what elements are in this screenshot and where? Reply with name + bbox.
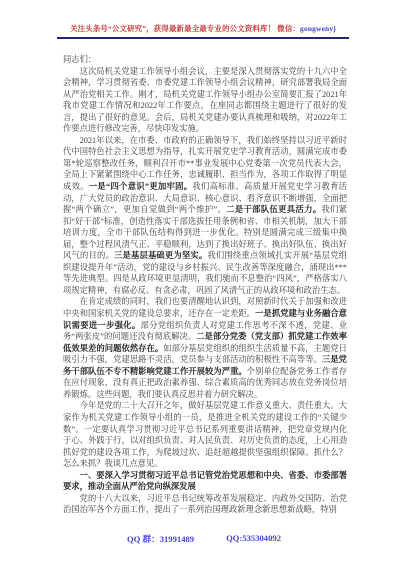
document-page: 关注头条号“公文研究”，获得最新最全最专业的公文资料库！ 微信：gongweny… [0,0,408,580]
section-heading: 一、要深入学习贯彻习近平总书记管党治党思想和中央、省委、市委部署要求，推动全面从… [63,470,347,493]
header-banner-text: 关注头条号“公文研究”，获得最新最全最专业的公文资料库！ 微信： [70,24,300,33]
qq-group-number: QQ 群：31991489 [127,533,194,545]
wechat-id: gongwenyj [300,24,336,33]
paragraph: 党的十八大以来，习近平总书记统筹改革发展稳定、内政外交国防、治党治国治军各个方面… [63,493,347,516]
emphasis-text: 一、要深入学习贯彻习近平总书记管党治党思想和中央、省委、市委部署要求，推动全面从… [63,471,347,492]
text-run: 这次局机关党建工作领导小组会议，主要是深入贯彻落实党的十九六中全会精神，学习贯彻… [63,67,347,134]
header-banner: 关注头条号“公文研究”，获得最新最全最专业的公文资料库！ 微信：gongweny… [57,24,349,39]
emphasis-text: 一是“四个意识”更加牢固。 [89,182,193,191]
text-run: 党的十八大以来，习近平总书记统筹改革发展稳定、内政外交国防、治党治国治军各个方面… [63,494,347,515]
emphasis-text: 三是基层基础更为坚实。 [114,251,207,260]
footer-contact: QQ 群：31991489 QQ:535304092 [0,533,408,545]
qq-number: QQ:535304092 [226,533,281,545]
emphasis-text: 二是干部队伍更具活力。 [226,205,321,214]
paragraph: 这次局机关党建工作领导小组会议，主要是深入贯彻落实党的十九六中全会精神，学习贯彻… [63,66,347,135]
document-body: 同志们：这次局机关党建工作领导小组会议，主要是深入贯彻落实党的十九六中全会精神，… [63,54,347,516]
text-run: 今年是党的二十大召开之年，做好基层党建工作意义重大、责任重大。大家作为机关党建工… [63,401,347,468]
paragraph: 同志们： [63,54,347,66]
paragraph: 在肯定成绩的同时，我们也要清醒地认识到，对照新时代关于加强和改进中央和国家机关党… [63,296,347,400]
text-run: 同志们： [63,55,96,64]
paragraph: 今年是党的二十大召开之年，做好基层党建工作意义重大、责任重大。大家作为机关党建工… [63,400,347,469]
paragraph: 2021年以来，在市委、市政府的正确领导下，我们始终坚持以习近平新时代中国特色社… [63,135,347,297]
